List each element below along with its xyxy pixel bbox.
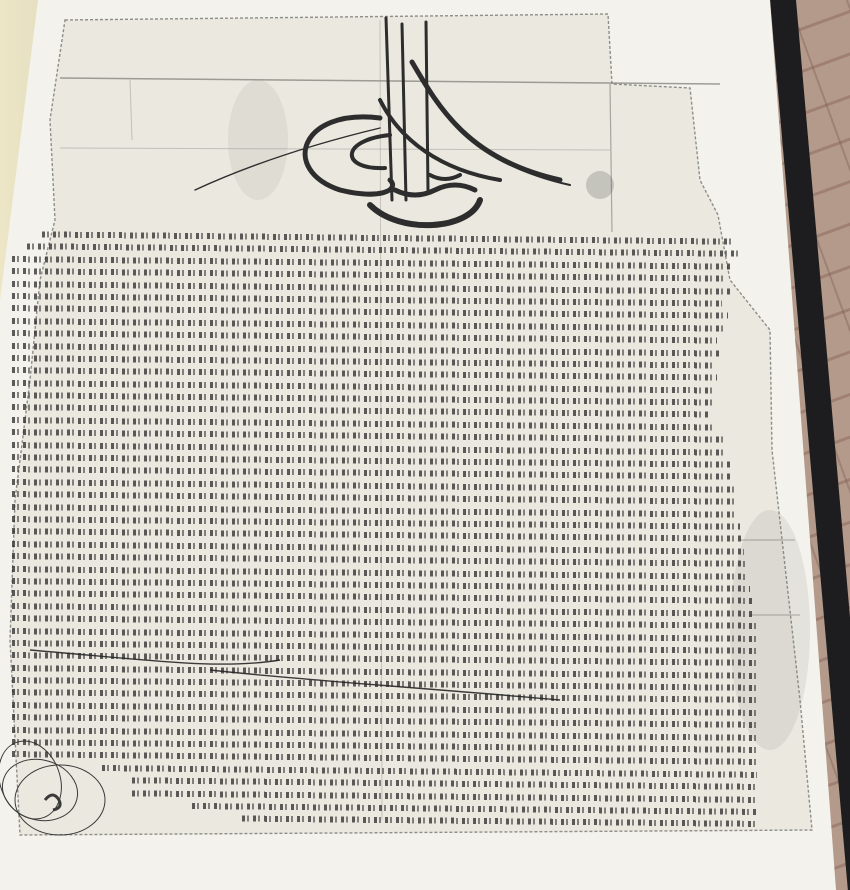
decree-body-text: [12, 228, 757, 836]
document-photocopy: [illegible Ottoman calligraphic text]: [0, 0, 850, 890]
